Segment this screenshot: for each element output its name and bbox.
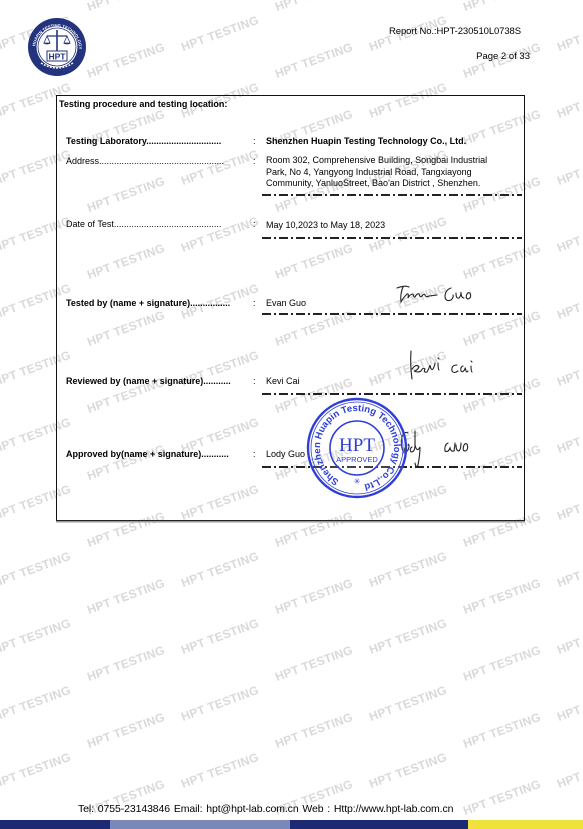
- signature-kevi-cai: [405, 347, 485, 383]
- address-line: Park, No 4, Yangyong Industrial Road, Ta…: [266, 167, 526, 179]
- label-reviewed-by: Reviewed by (name + signature)..........…: [66, 376, 262, 386]
- colon: :: [253, 376, 256, 386]
- section-title: Testing procedure and testing location:: [59, 99, 227, 109]
- watermark-text: HPT TESTING: [85, 40, 166, 81]
- svg-text:✳: ✳: [354, 477, 361, 486]
- label-dots: ...........: [203, 376, 231, 386]
- approved-stamp-icon: Shenzhen Huapin Testing Technology Co.,L…: [305, 396, 409, 500]
- colon: :: [253, 449, 256, 459]
- footer-bar-segment: [290, 820, 468, 829]
- watermark-text: HPT TESTING: [0, 683, 73, 724]
- watermark-text: HPT TESTING: [367, 616, 448, 657]
- watermark-text: HPT TESTING: [273, 710, 354, 751]
- watermark-text: HPT TESTING: [461, 0, 542, 14]
- watermark-text: HPT TESTING: [179, 13, 260, 54]
- watermark-text: HPT TESTING: [461, 576, 542, 617]
- label-text: Tested by (name + signature): [66, 298, 190, 308]
- company-logo-icon: HUAPIN TESTING TECHNOLOGY CO., LTD HPT: [27, 17, 87, 77]
- watermark-text: HPT TESTING: [85, 0, 166, 14]
- svg-text:HPT: HPT: [339, 435, 375, 456]
- footer-bar-segment: [110, 820, 290, 829]
- colon: :: [253, 156, 256, 166]
- watermark-text: HPT TESTING: [461, 643, 542, 684]
- label-address: Address.................................…: [66, 156, 262, 166]
- colon: :: [253, 298, 256, 308]
- watermark-text: HPT TESTING: [555, 415, 583, 456]
- address-line: Room 302, Comprehensive Building, Songba…: [266, 155, 526, 167]
- watermark-text: HPT TESTING: [555, 683, 583, 724]
- watermark-text: HPT TESTING: [555, 13, 583, 54]
- svg-text:APPROVED: APPROVED: [336, 455, 378, 464]
- dash-dot-separator: [262, 194, 522, 196]
- footer-color-bar: [0, 820, 583, 829]
- watermark-text: HPT TESTING: [555, 616, 583, 657]
- label-date-of-test: Date of Test............................…: [66, 219, 262, 229]
- label-text: Testing Laboratory: [66, 136, 146, 146]
- watermark-text: HPT TESTING: [0, 750, 73, 791]
- watermark-text: HPT TESTING: [179, 750, 260, 791]
- label-text: Approved by(name + signature): [66, 449, 201, 459]
- watermark-text: HPT TESTING: [367, 683, 448, 724]
- dash-dot-separator: [262, 313, 522, 315]
- watermark-text: HPT TESTING: [273, 576, 354, 617]
- footer-contact: Tel: 0755-23143846 Email: hpt@hpt-lab.co…: [78, 803, 453, 815]
- watermark-text: HPT TESTING: [461, 777, 542, 818]
- watermark-text: HPT TESTING: [85, 710, 166, 751]
- watermark-text: HPT TESTING: [555, 750, 583, 791]
- watermark-text: HPT TESTING: [85, 576, 166, 617]
- label-dots: ................: [190, 298, 230, 308]
- svg-text:HPT: HPT: [49, 52, 67, 62]
- label-approved-by: Approved by(name + signature)...........: [66, 449, 262, 459]
- watermark-text: HPT TESTING: [273, 0, 354, 14]
- address-line: Community, YanluoStreet, Bao'an District…: [266, 178, 526, 190]
- watermark-text: HPT TESTING: [367, 549, 448, 590]
- watermark-text: HPT TESTING: [367, 750, 448, 791]
- watermark-text: HPT TESTING: [555, 281, 583, 322]
- label-dots: ........................................…: [114, 219, 222, 229]
- watermark-text: HPT TESTING: [461, 710, 542, 751]
- watermark-text: HPT TESTING: [555, 549, 583, 590]
- value-date-of-test: May 10,2023 to May 18, 2023: [266, 220, 526, 232]
- watermark-text: HPT TESTING: [85, 643, 166, 684]
- footer-bar-segment: [0, 820, 110, 829]
- label-dots: ...........: [201, 449, 229, 459]
- signature-lody-guo: [398, 425, 490, 473]
- watermark-text: HPT TESTING: [555, 214, 583, 255]
- value-testing-laboratory: Shenzhen Huapin Testing Technology Co., …: [266, 136, 526, 148]
- watermark-text: HPT TESTING: [0, 616, 73, 657]
- watermark-text: HPT TESTING: [179, 616, 260, 657]
- label-text: Address: [66, 156, 99, 166]
- watermark-text: HPT TESTING: [555, 348, 583, 389]
- label-dots: ........................................…: [99, 156, 224, 166]
- signature-evan-guo: [393, 280, 483, 310]
- watermark-text: HPT TESTING: [179, 549, 260, 590]
- watermark-text: HPT TESTING: [0, 549, 73, 590]
- watermark-text: HPT TESTING: [179, 683, 260, 724]
- watermark-text: HPT TESTING: [555, 80, 583, 121]
- watermark-text: HPT TESTING: [273, 643, 354, 684]
- label-text: Date of Test: [66, 219, 114, 229]
- label-dots: ..............................: [146, 136, 221, 146]
- dash-dot-separator: [262, 237, 522, 239]
- dash-dot-separator: [262, 393, 522, 395]
- value-address: Room 302, Comprehensive Building, Songba…: [266, 155, 526, 190]
- footer-bar-segment: [468, 820, 583, 829]
- watermark-text: HPT TESTING: [273, 40, 354, 81]
- watermark-text: HPT TESTING: [555, 482, 583, 523]
- value-reviewed-by: Kevi Cai: [266, 376, 526, 388]
- colon: :: [253, 136, 256, 146]
- label-tested-by: Tested by (name + signature)............…: [66, 298, 262, 308]
- label-text: Reviewed by (name + signature): [66, 376, 203, 386]
- label-testing-laboratory: Testing Laboratory......................…: [66, 136, 262, 146]
- report-number: Report No.:HPT-230510L0738S: [389, 26, 521, 37]
- page-indicator: Page 2 of 33: [476, 51, 530, 62]
- colon: :: [253, 219, 256, 229]
- watermark-text: HPT TESTING: [555, 147, 583, 188]
